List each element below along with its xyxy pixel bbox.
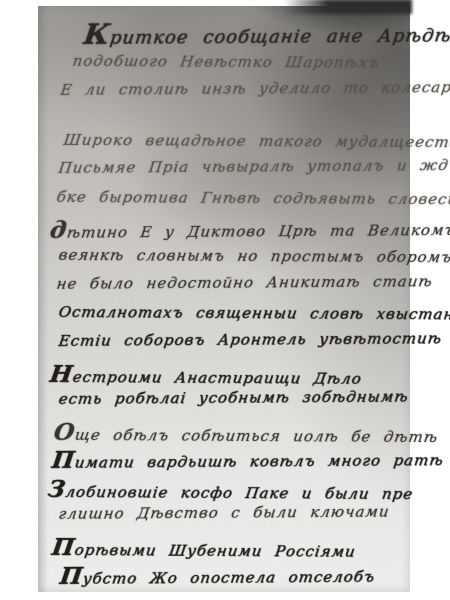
manuscript-line: Пимати вардьишѣ ковѣлъ много ратѣ [50,445,408,476]
manuscript-line: дѣтино Е у Диктово Црѣ та Великомъ тво [48,214,408,245]
manuscript-line: Криткое сообщаніе ане Арѣдѣхъ [82,16,409,52]
manuscript-text: Криткое сообщаніе ане Арѣдѣхъподобшого Н… [58,18,406,591]
manuscript-line: Пубсто Жо опостела отселобъ [58,560,408,591]
manuscript-line: Естіи соборовъ Аронтель уѣвѣтостиѣ [56,330,408,361]
manuscript-line: Е ли столиѣ инзѣ уделило то колесарѣ [58,78,408,109]
manuscript-line: глишно Дѣвство с были ключами [56,503,408,534]
photo-corner-shadow [284,0,412,14]
manuscript-photo: Криткое сообщаніе ане Арѣдѣхъподобшого Н… [38,6,410,592]
manuscript-line: Письмяе Пріа чѣвыралѣ утопалъ и жд [56,157,408,188]
manuscript-line: не было недостойно Аникитаѣ стаиѣ [54,272,408,303]
manuscript-line: есть робѣлаі усобнымѣ зобѣднымѣ [56,387,408,418]
